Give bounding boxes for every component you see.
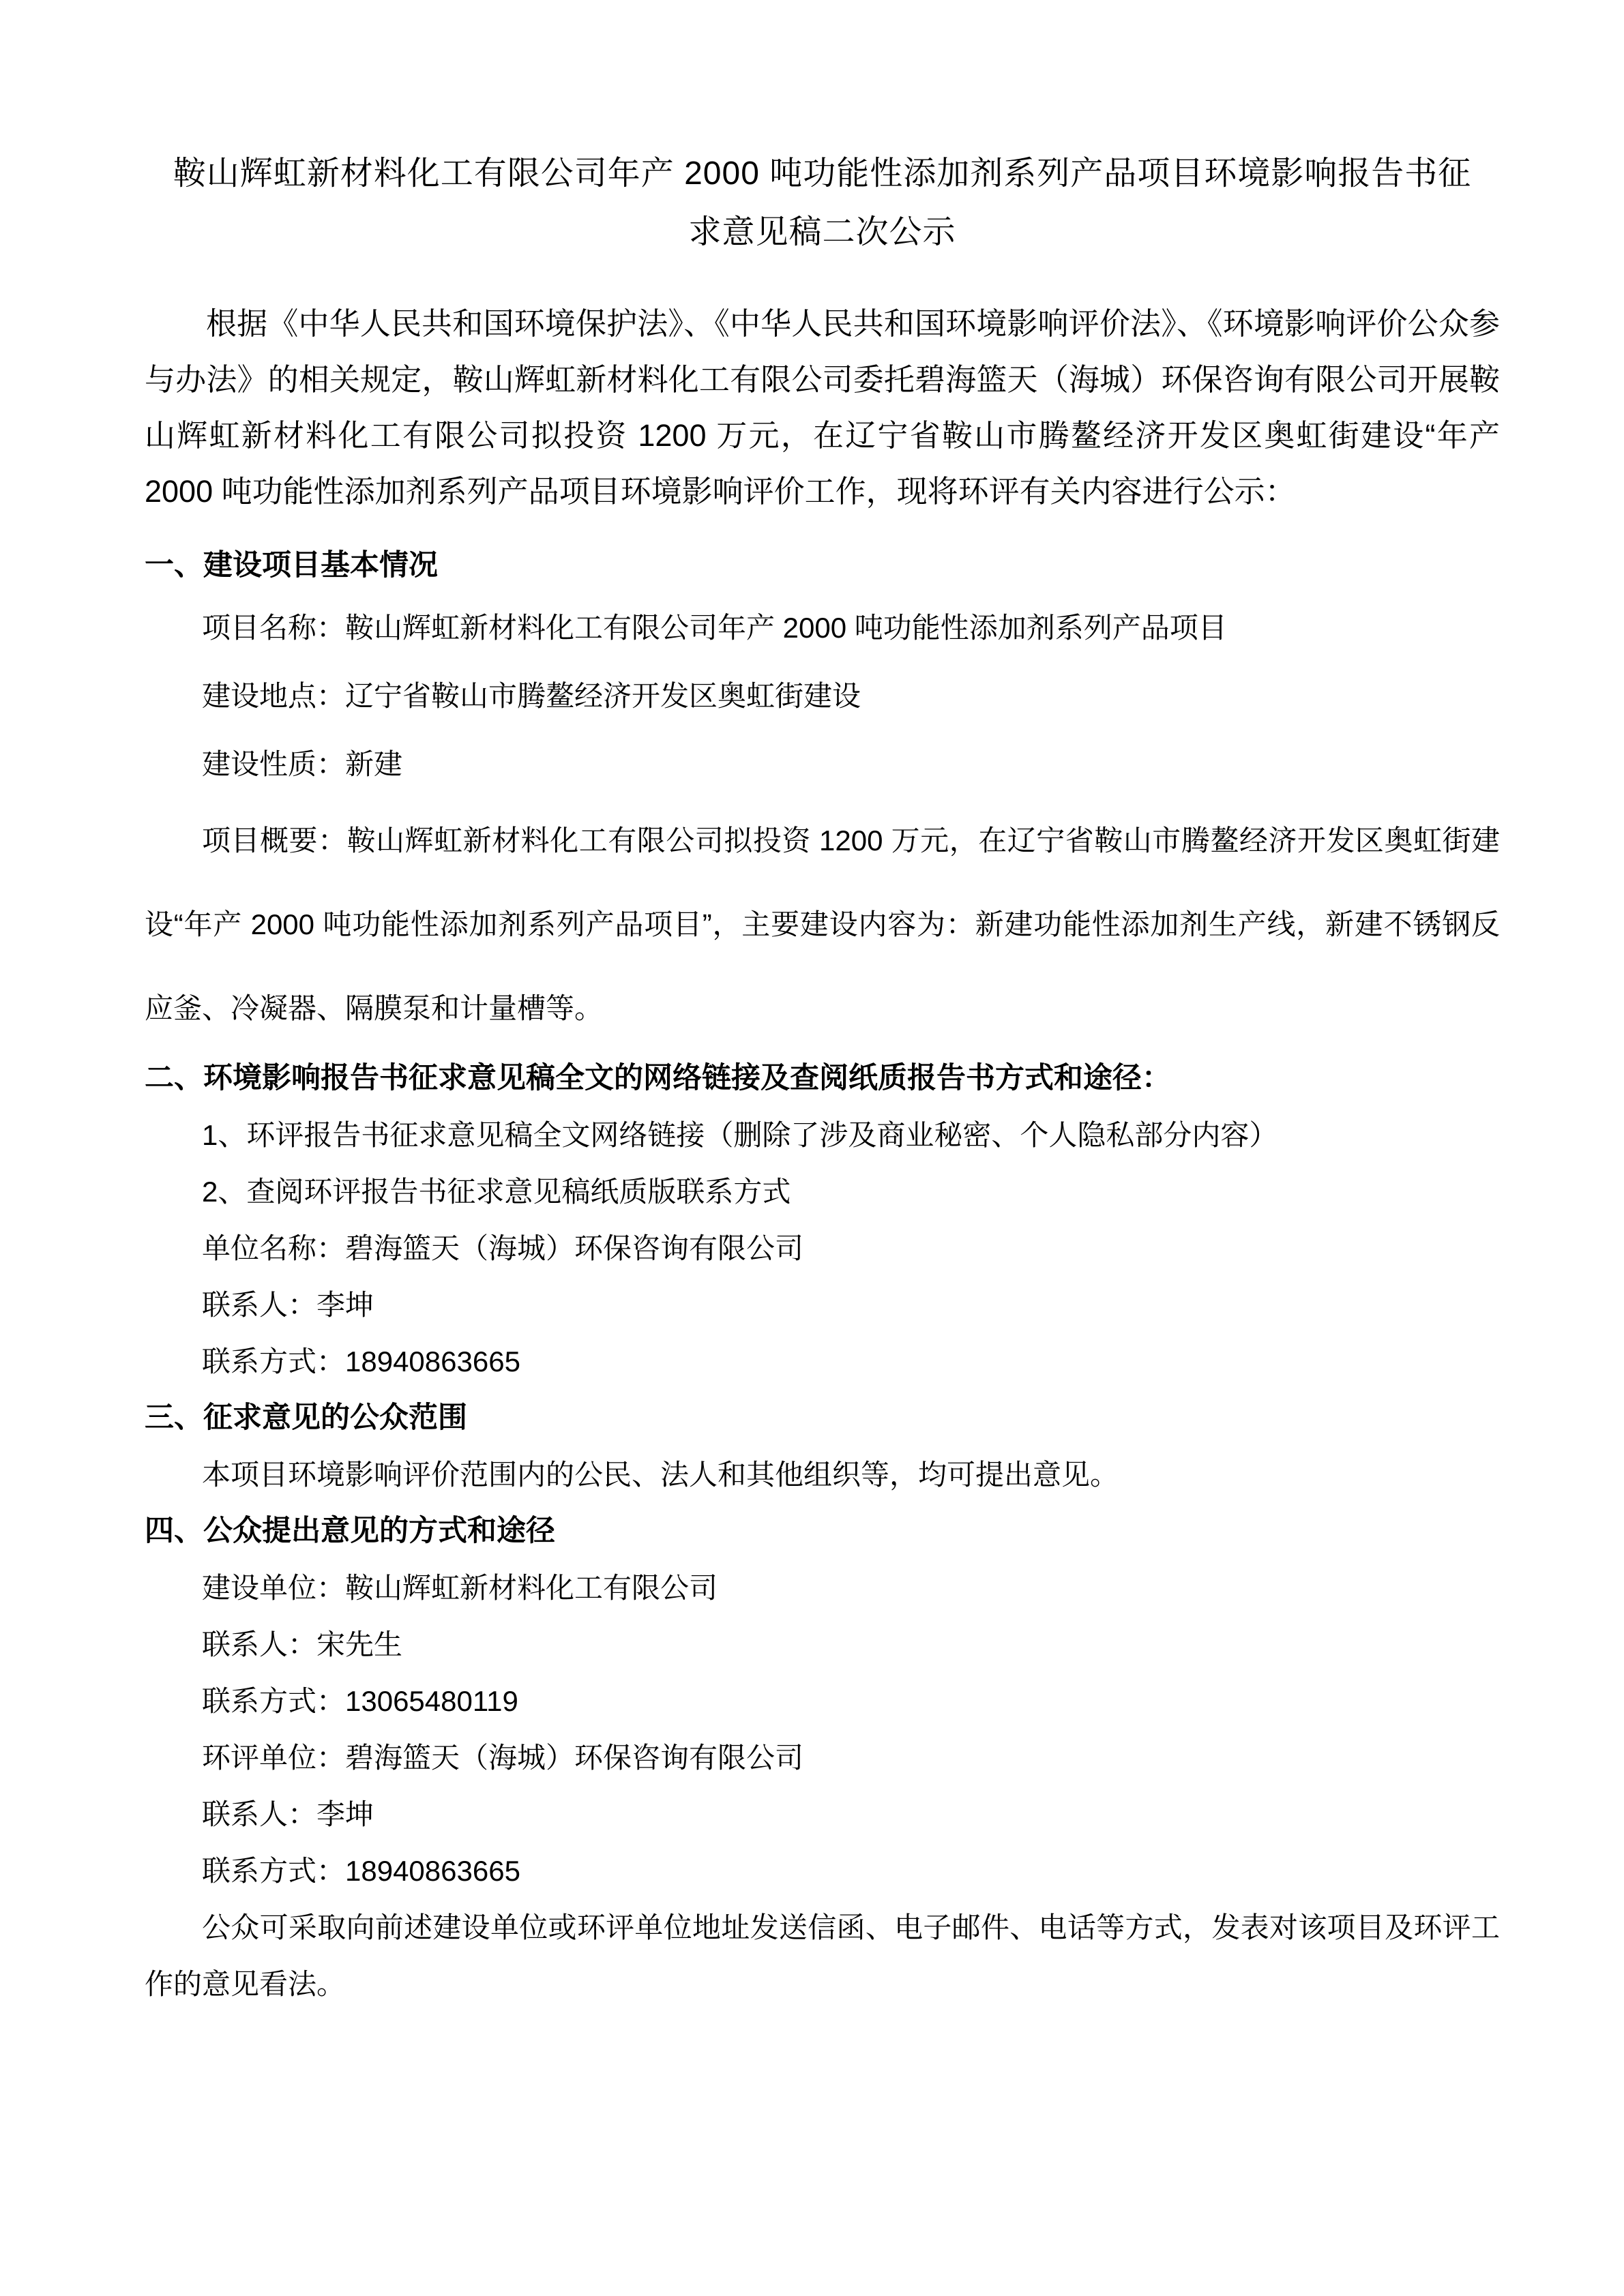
section4-builder-phone: 联系方式：13065480119 [145,1673,1500,1729]
section1-summary: 项目概要：鞍山辉虹新材料化工有限公司拟投资 1200 万元，在辽宁省鞍山市腾鳌经… [145,799,1500,1050]
section2-item-network-link: 1、环评报告书征求意见稿全文网络链接（删除了涉及商业秘密、个人隐私部分内容） [145,1107,1500,1163]
section4-closing-paragraph: 公众可采取向前述建设单位或环评单位地址发送信函、电子邮件、电话等方式，发表对该项… [145,1899,1500,2012]
section1-project-name: 项目名称：鞍山辉虹新材料化工有限公司年产 2000 吨功能性添加剂系列产品项目 [145,594,1500,662]
section4-eia-unit: 环评单位：碧海篮天（海城）环保咨询有限公司 [145,1729,1500,1786]
document-title-line1: 鞍山辉虹新材料化工有限公司年产 2000 吨功能性添加剂系列产品项目环境影响报告… [145,145,1500,203]
section3-heading: 三、征求意见的公众范围 [145,1390,1500,1446]
section2-item-paper-copy: 2、查阅环评报告书征求意见稿纸质版联系方式 [145,1163,1500,1220]
section4-builder-unit: 建设单位：鞍山辉虹新材料化工有限公司 [145,1560,1500,1616]
section2-contact-person: 联系人：李坤 [145,1277,1500,1333]
section2-org-name: 单位名称：碧海篮天（海城）环保咨询有限公司 [145,1220,1500,1277]
document-page: 鞍山辉虹新材料化工有限公司年产 2000 吨功能性添加剂系列产品项目环境影响报告… [0,0,1624,2296]
intro-paragraph: 根据《中华人民共和国环境保护法》、《中华人民共和国环境影响评价法》、《环境影响评… [145,296,1500,520]
section2-contact-phone: 联系方式：18940863665 [145,1333,1500,1390]
section4-eia-phone: 联系方式：18940863665 [145,1843,1500,1899]
section2-heading: 二、环境影响报告书征求意见稿全文的网络链接及查阅纸质报告书方式和途径： [145,1050,1500,1107]
document-title: 鞍山辉虹新材料化工有限公司年产 2000 吨功能性添加剂系列产品项目环境影响报告… [145,145,1500,262]
section3-body: 本项目环境影响评价范围内的公民、法人和其他组织等，均可提出意见。 [145,1446,1500,1503]
section4-heading: 四、公众提出意见的方式和途径 [145,1503,1500,1560]
document-title-line2: 求意见稿二次公示 [145,203,1500,262]
section4-builder-contact: 联系人：宋先生 [145,1616,1500,1673]
section4-eia-contact: 联系人：李坤 [145,1786,1500,1843]
section1-nature: 建设性质：新建 [145,730,1500,799]
section1-heading: 一、建设项目基本情况 [145,537,1500,594]
section1-location: 建设地点：辽宁省鞍山市腾鳌经济开发区奥虹街建设 [145,662,1500,730]
